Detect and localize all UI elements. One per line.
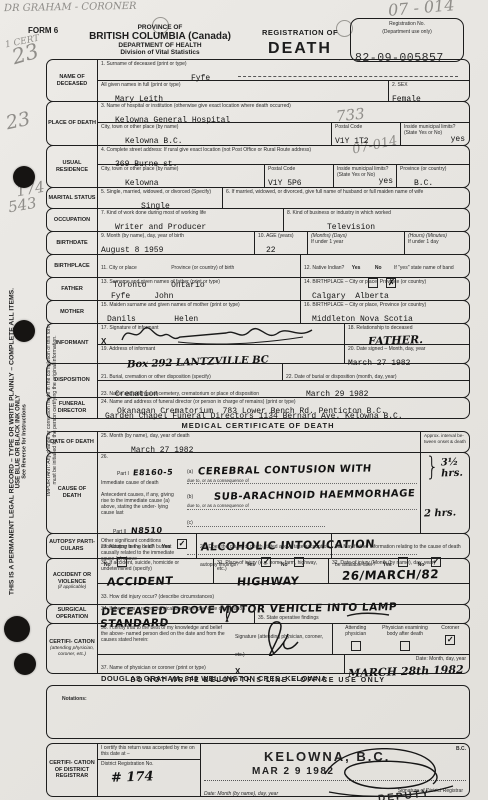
- field-death-municipal: Inside municipal limits? (State Yes or N…: [400, 123, 469, 145]
- section-label: MOTHER: [47, 301, 98, 323]
- field-date-signed: 20. Date signed – Month, day, year March…: [344, 345, 469, 363]
- accept-statement: I certify this return was accepted by me…: [101, 745, 197, 757]
- line-b-label: (b): [187, 494, 193, 500]
- field-label: 15. Maiden surname and given names of mo…: [101, 302, 297, 308]
- field-age-under-1-day: (Hours) (Minutes) If under 1 day: [404, 232, 469, 254]
- field-marital: 5. Single, married, widowed, or divorced…: [98, 188, 222, 208]
- death-municipal-value: yes: [451, 135, 465, 144]
- age-value: 22: [266, 246, 276, 255]
- no-label: No: [375, 265, 382, 271]
- sidebar-permanent-record: THIS IS A PERMANENT LEGAL RECORD – TYPE …: [9, 242, 28, 642]
- field-label: 8. Kind of business or industry in which…: [287, 210, 466, 216]
- coroner-label: Coroner: [435, 625, 466, 631]
- field-label: 6. If married, widowed, or divorced, giv…: [226, 189, 466, 195]
- field-number: 26.: [101, 454, 181, 460]
- registration-no-label: Registration No.: [351, 21, 463, 27]
- field-residence-municipal: Inside municipal limits? (State Yes or N…: [333, 165, 396, 187]
- funeral-director-value: Garden Chapel Funeral Directors 1134 Ber…: [105, 412, 403, 421]
- cause-lines-column: (a) CEREBRAL CONTUSION WITH due to, or a…: [184, 453, 420, 533]
- mother-name-value: Danils Helen: [107, 315, 198, 324]
- field-label: 1. Surname of deceased (print or type): [101, 61, 466, 67]
- bc-label: B.C.: [456, 746, 466, 752]
- sidebar-line3: See Reverse for Instructions: [22, 242, 28, 642]
- department: DEPARTMENT OF HEALTH: [85, 42, 235, 49]
- notations-label: Notations:: [62, 696, 87, 702]
- section-label: BIRTHPLACE: [47, 255, 98, 277]
- mother-birthplace-value: Middleton Nova Scotia: [312, 315, 413, 324]
- residence-province-value: B.C.: [414, 179, 433, 188]
- field-label: 4. Complete street address: If rural giv…: [101, 147, 466, 153]
- field-label: 22. Date of burial or disposition (month…: [286, 374, 397, 380]
- section-label: DISPOSITION: [47, 364, 98, 397]
- section-disposition: DISPOSITION 21. Burial, cremation or oth…: [46, 363, 470, 398]
- death-postal-value: V1Y 1T2: [335, 137, 369, 146]
- field-label: 13. Surname and given names of father (p…: [101, 279, 297, 285]
- immediate-cause-label: Immediate cause of death: [101, 480, 181, 486]
- section-label: BIRTHDATE: [47, 232, 98, 254]
- section-label: NAME OF DECEASED: [47, 60, 98, 101]
- cause-b-value: SUB-ARACHNOID HAEMMORHAGE: [213, 489, 415, 504]
- section-notations: Notations:: [46, 685, 470, 739]
- interval-values-column: } 3½ hrs. 2 hrs.: [420, 453, 469, 533]
- deputy-stamp: DEPUTY: [378, 788, 431, 800]
- death-title: DEATH: [255, 40, 345, 58]
- field-death-postal: Postal Code V1Y 1T2: [331, 123, 400, 145]
- section-label-text: CERTIFI- CATION: [49, 639, 94, 646]
- field-surgery-date: 34. If there was a recent surgical opera…: [98, 605, 254, 623]
- field-label: 25. Month (by name), day, year of death: [101, 433, 417, 439]
- field-label: City, town or other place (by name): [101, 124, 328, 130]
- section-label: CERTIFI- CATION (attending physician, co…: [47, 624, 98, 673]
- registration-of: REGISTRATION OF: [255, 28, 345, 37]
- field-label: 27. Autopsy being held?: [101, 544, 154, 550]
- field-mother-birthplace: 16. BIRTHPLACE – City or place, Province…: [300, 301, 469, 323]
- field-father-name: 13. Surname and given names of father (p…: [98, 278, 300, 300]
- field-label: 31. Place of injury (e.g. home, farm, hi…: [217, 560, 325, 572]
- field-certifier-name: 37. Name of physician or coroner (print …: [98, 655, 344, 673]
- section-usual-residence: USUAL RESIDENCE 4. Complete street addre…: [46, 145, 470, 188]
- field-injury-date: 32. Date of injury (Month (by name), day…: [328, 559, 469, 583]
- section-label-text: ACCIDENT OR VIOLENCE: [48, 572, 96, 586]
- pen-dash: [345, 611, 391, 619]
- field-accident-type: 30. If accident, suicide, homicide or un…: [98, 559, 213, 583]
- registrar-stamp-area: B.C. KELOWNA, B.C. MAR 2 9 1982 Date: Mo…: [200, 744, 469, 796]
- due-to-label: due to, or as a consequence of: [187, 478, 417, 484]
- injury-date-value: 26/MARCH/82: [341, 567, 439, 583]
- section-funeral-director: FUNERAL DIRECTOR 24. Name and address of…: [46, 397, 470, 419]
- registration-title: REGISTRATION OF DEATH: [255, 28, 345, 58]
- field-autopsy-held: 27. Autopsy being held? Yes ✓ No: [98, 534, 196, 558]
- section-label: FUNERAL DIRECTOR: [47, 398, 98, 418]
- field-occupation: 7. Kind of work done during most of work…: [98, 209, 283, 231]
- pencil-number: 543: [7, 194, 38, 217]
- field-label: 18. Relationship to deceased: [348, 325, 466, 331]
- field-spouse-name: 6. If married, widowed, or divorced, giv…: [222, 188, 469, 208]
- certifier-name-value: DOUGLAS GRAHAM, 349 WELLINGTON CRES. KEL…: [101, 674, 341, 683]
- line-a-label: (a): [187, 469, 193, 475]
- autopsy-yes-checkbox: ✓: [177, 539, 187, 549]
- certify-statement: 36. I certify that to the best of my kno…: [101, 625, 229, 643]
- section-label: SURGICAL OPERATION: [47, 605, 98, 623]
- field-date-of-death: 25. Month (by name), day, year of death …: [98, 432, 420, 452]
- field-label: 17. Signature of informant: [101, 325, 341, 331]
- field-label: 16. BIRTHPLACE – City or place, Province…: [304, 302, 466, 308]
- death-registration-scan: DR GRAHAM - CORONER 07 - 014 1 CERT 23 2…: [0, 0, 488, 800]
- father-name-value: Fyfe John: [111, 292, 173, 301]
- section-accident-violence: ACCIDENT OR VIOLENCE (if applicable) 30.…: [46, 558, 470, 605]
- section-birthplace: BIRTHPLACE 11. City or place Province (o…: [46, 254, 470, 278]
- district-reg-number: # 174: [111, 769, 154, 785]
- registration-number-box: Registration No. (Department use only) 8…: [350, 18, 464, 62]
- antecedent-label: Antecedent causes, if any, giving rise t…: [101, 492, 181, 516]
- section-label: FATHER: [47, 278, 98, 300]
- field-age-under-1-year: (Months) (Days) If under 1 year: [307, 232, 404, 254]
- date-line-label: Date: Month (by name), day, year: [204, 791, 278, 797]
- division: Division of Vital Statistics: [85, 49, 235, 56]
- section-marital-status: MARITAL STATUS 5. Single, married, widow…: [46, 187, 470, 209]
- industry-value: Television: [327, 223, 375, 232]
- yes-label: Yes: [162, 544, 171, 550]
- pencil-note-coroner: DR GRAHAM - CORONER: [4, 1, 137, 14]
- field-label: 24. Name and address of funeral director…: [101, 399, 466, 405]
- field-label: 21. Burial, cremation or other dispositi…: [101, 374, 211, 380]
- registrar-accept-column: I certify this return was accepted by me…: [98, 744, 200, 796]
- birthdate-value: August 8 1959: [101, 246, 163, 255]
- certify-date-value: MARCH 28th 1982: [348, 663, 464, 680]
- field-death-city: City, town or other place (by name) Kelo…: [98, 123, 331, 145]
- examining-label: Physician examining body after death: [379, 625, 430, 637]
- field-label: 33. How did injury occur? (describe circ…: [101, 594, 214, 600]
- cause-a-value: CEREBRAL CONTUSION WITH: [197, 463, 372, 477]
- field-label: All given names in full (print or type): [101, 82, 385, 88]
- pencil-number: 23: [4, 108, 32, 135]
- field-sex: 2. SEX Female: [388, 81, 469, 101]
- field-given-names: All given names in full (print or type) …: [98, 81, 388, 101]
- residence-city-value: Kelowna: [125, 179, 159, 188]
- brace-icon: }: [426, 456, 439, 479]
- field-injury-place: 31. Place of injury (e.g. home, farm, hi…: [213, 559, 328, 583]
- field-label: 35. State operative findings: [258, 615, 319, 621]
- due-to-label: due to, or as a consequence of: [187, 503, 417, 509]
- field-label: If "yes" state name of band: [394, 265, 454, 271]
- section-surgical-operation: SURGICAL OPERATION 34. If there was a re…: [46, 604, 470, 624]
- field-label: 34. If there was a recent surgical opera…: [101, 606, 251, 612]
- field-crematorium: 23. Name and address of cemetery, cremat…: [98, 381, 469, 397]
- section-cause-of-death: CAUSE OF DEATH 26. Part I E8160-5 Immedi…: [46, 452, 470, 534]
- interval-header: Approx. interval be- tween onset & death: [420, 432, 469, 452]
- dash-rule: [238, 76, 458, 77]
- father-birthplace-value: Calgary Alberta: [312, 292, 389, 301]
- field-label: Postal Code: [268, 166, 330, 172]
- field-injury-circumstances: 33. How did injury occur? (describe circ…: [98, 584, 469, 604]
- field-label: 9. Month (by name), day, year of birth: [101, 233, 251, 239]
- cause-labels-column: 26. Part I E8160-5 Immediate cause of de…: [98, 453, 184, 533]
- field-further-info: 29. May further information relating to …: [331, 534, 469, 558]
- field-label: 19. Address of informant: [101, 346, 341, 352]
- field-note: If under 1 day: [408, 239, 466, 245]
- residence-postal-value: V1Y 5P6: [268, 179, 302, 188]
- section-sublabel: (if applicable): [58, 585, 87, 591]
- certifier-type-checkboxes: Attending physician Physician examining …: [332, 624, 469, 654]
- district-reg-label: District Registration No.: [98, 759, 200, 768]
- field-informant-signature: 17. Signature of informant X: [98, 324, 344, 344]
- interval-a-value: 3½ hrs.: [440, 456, 466, 479]
- field-label: 11. City or place: [101, 265, 137, 271]
- field-label: 32. Date of injury (Month (by name), day…: [332, 560, 466, 566]
- notations-box: Notations:: [47, 686, 469, 738]
- section-name-of-deceased: NAME OF DECEASED 1. Surname of deceased …: [46, 59, 470, 102]
- field-residence-province: Province (or country) B.C.: [396, 165, 469, 187]
- line-c-label: (c): [187, 520, 325, 527]
- field-certify-date: Date: Month, day, year MARCH 28th 1982: [344, 655, 469, 673]
- death-city-value: Kelowna B.C.: [125, 137, 183, 146]
- section-informant: INFORMANT 17. Signature of informant X 1…: [46, 323, 470, 364]
- province-of: PROVINCE OF: [85, 24, 235, 31]
- field-label: City, town or other place (by name): [101, 166, 261, 172]
- field-native-indian: 12. Native Indian? Yes No If "yes" state…: [300, 255, 469, 277]
- sidebar-line1: THIS IS A PERMANENT LEGAL RECORD – TYPE …: [9, 242, 16, 642]
- field-birthdate: 9. Month (by name), day, year of birth A…: [98, 232, 254, 254]
- section-label: CAUSE OF DEATH: [47, 453, 98, 533]
- field-label: 7. Kind of work done during most of work…: [101, 210, 280, 216]
- occupation-value: Writer and Producer: [115, 223, 206, 232]
- field-label: 10. AGE (years): [258, 233, 304, 239]
- section-district-registrar: CERTIFI- CATION OF DISTRICT REGISTRAR I …: [46, 743, 470, 797]
- field-residence-postal: Postal Code V1Y 5P6: [264, 165, 333, 187]
- section-label: AUTOPSY PARTI- CULARS: [47, 534, 98, 558]
- province-name: BRITISH COLUMBIA (Canada): [85, 31, 235, 42]
- field-note: If under 1 year: [311, 239, 401, 245]
- field-relationship: 18. Relationship to deceased FATHER.: [344, 324, 469, 344]
- field-father-birthplace: 14. BIRTHPLACE – City or place, Province…: [300, 278, 469, 300]
- section-label: DATE OF DEATH: [47, 432, 98, 452]
- section-label: OCCUPATION: [47, 209, 98, 231]
- field-street-address: 4. Complete street address: If rural giv…: [98, 146, 469, 164]
- section-mother: MOTHER 15. Maiden surname and given name…: [46, 300, 470, 324]
- field-birth-city: 11. City or place Province (or country) …: [98, 255, 300, 277]
- section-date-of-death: DATE OF DEATH 25. Month (by name), day, …: [46, 431, 470, 453]
- field-label: 23. Name and address of cemetery, cremat…: [101, 391, 259, 397]
- field-label: Approx. interval be- tween onset & death: [424, 433, 466, 444]
- field-certify-statement: 36. I certify that to the best of my kno…: [98, 624, 232, 654]
- checkmark-icon: ✓: [447, 635, 454, 644]
- field-industry: 8. Kind of business or industry in which…: [283, 209, 469, 231]
- field-label: 20. Date signed – Month, day, year: [348, 346, 466, 352]
- interval-part2-value: 2 hrs.: [424, 508, 456, 520]
- field-label: Province (or country): [400, 166, 466, 172]
- registration-no-sublabel: (Department use only): [351, 29, 463, 35]
- kelowna-stamp: KELOWNA, B.C.: [264, 749, 466, 764]
- section-certification: CERTIFI- CATION (attending physician, co…: [46, 623, 470, 674]
- section-autopsy: AUTOPSY PARTI- CULARS 27. Autopsy being …: [46, 533, 470, 559]
- field-funeral-director: 24. Name and address of funeral director…: [98, 398, 469, 418]
- section-place-of-death: PLACE OF DEATH 3. Name of hospital or in…: [46, 101, 470, 146]
- residence-municipal-value: yes: [379, 177, 393, 186]
- examining-checkbox: [400, 641, 410, 651]
- field-disposition-date: 22. Date of burial or disposition (month…: [282, 364, 469, 380]
- field-label: 3. Name of hospital or institution (othe…: [101, 103, 466, 109]
- date-stamp: MAR 2 9 1982: [252, 766, 466, 777]
- field-certifier-signature: Signature (attending physician, coroner,…: [232, 624, 332, 654]
- section-label: ACCIDENT OR VIOLENCE (if applicable): [47, 559, 98, 604]
- section-occupation: OCCUPATION 7. Kind of work done during m…: [46, 208, 470, 232]
- field-operative-findings: 35. State operative findings: [254, 605, 469, 623]
- field-age: 10. AGE (years) 22: [254, 232, 307, 254]
- section-sublabel: (attending physician, coroner, etc.): [48, 646, 96, 658]
- punch-hole-icon: [14, 653, 36, 675]
- section-label: INFORMANT: [47, 324, 98, 363]
- part1-label: Part I: [117, 471, 129, 477]
- section-label: PLACE OF DEATH: [47, 102, 98, 145]
- icd-code-part1: E8160-5: [133, 468, 174, 478]
- pencil-note-file-no: 07 - 014: [387, 0, 455, 20]
- yes-label: Yes: [352, 265, 361, 271]
- section-father: FATHER 13. Surname and given names of fa…: [46, 277, 470, 301]
- field-label: 5. Single, married, widowed, or divorced…: [101, 189, 219, 195]
- field-label: 37. Name of physician or coroner (print …: [101, 665, 206, 671]
- section-birthdate: BIRTHDATE 9. Month (by name), day, year …: [46, 231, 470, 255]
- field-informant-address: 19. Address of informant Box 292 LANTZVI…: [98, 345, 344, 363]
- field-disposition-type: 21. Burial, cremation or other dispositi…: [98, 364, 282, 380]
- death-form: NAME OF DECEASED 1. Surname of deceased …: [46, 60, 470, 800]
- attending-label: Attending physician: [336, 625, 375, 637]
- field-label: Province (or country) of birth: [171, 265, 234, 271]
- field-label: 12. Native Indian?: [304, 265, 344, 271]
- field-label: Postal Code: [335, 124, 397, 130]
- section-label: CERTIFI- CATION OF DISTRICT REGISTRAR: [47, 744, 98, 796]
- section-label: USUAL RESIDENCE: [47, 146, 98, 187]
- field-mother-name: 15. Maiden surname and given names of mo…: [98, 301, 300, 323]
- province-block: PROVINCE OF BRITISH COLUMBIA (Canada) DE…: [85, 24, 235, 56]
- section-label: MARITAL STATUS: [47, 188, 98, 208]
- coroner-checkbox: ✓: [445, 635, 455, 645]
- field-label: 14. BIRTHPLACE – City or place, Province…: [304, 279, 466, 285]
- attending-checkbox: [351, 641, 361, 651]
- field-label: 30. If accident, suicide, homicide or un…: [101, 560, 210, 572]
- field-hospital: 3. Name of hospital or institution (othe…: [98, 102, 469, 122]
- checkmark-icon: ✓: [179, 539, 186, 548]
- field-surname: 1. Surname of deceased (print or type) F…: [98, 60, 469, 80]
- field-cause-accounts-autopsy: 28. Does the cause of death stated above…: [196, 534, 331, 558]
- field-residence-city: City, town or other place (by name) Kelo…: [98, 165, 264, 187]
- form-number: FORM 6: [28, 26, 58, 35]
- punch-hole-icon: [13, 166, 35, 188]
- field-label: 2. SEX: [392, 82, 466, 88]
